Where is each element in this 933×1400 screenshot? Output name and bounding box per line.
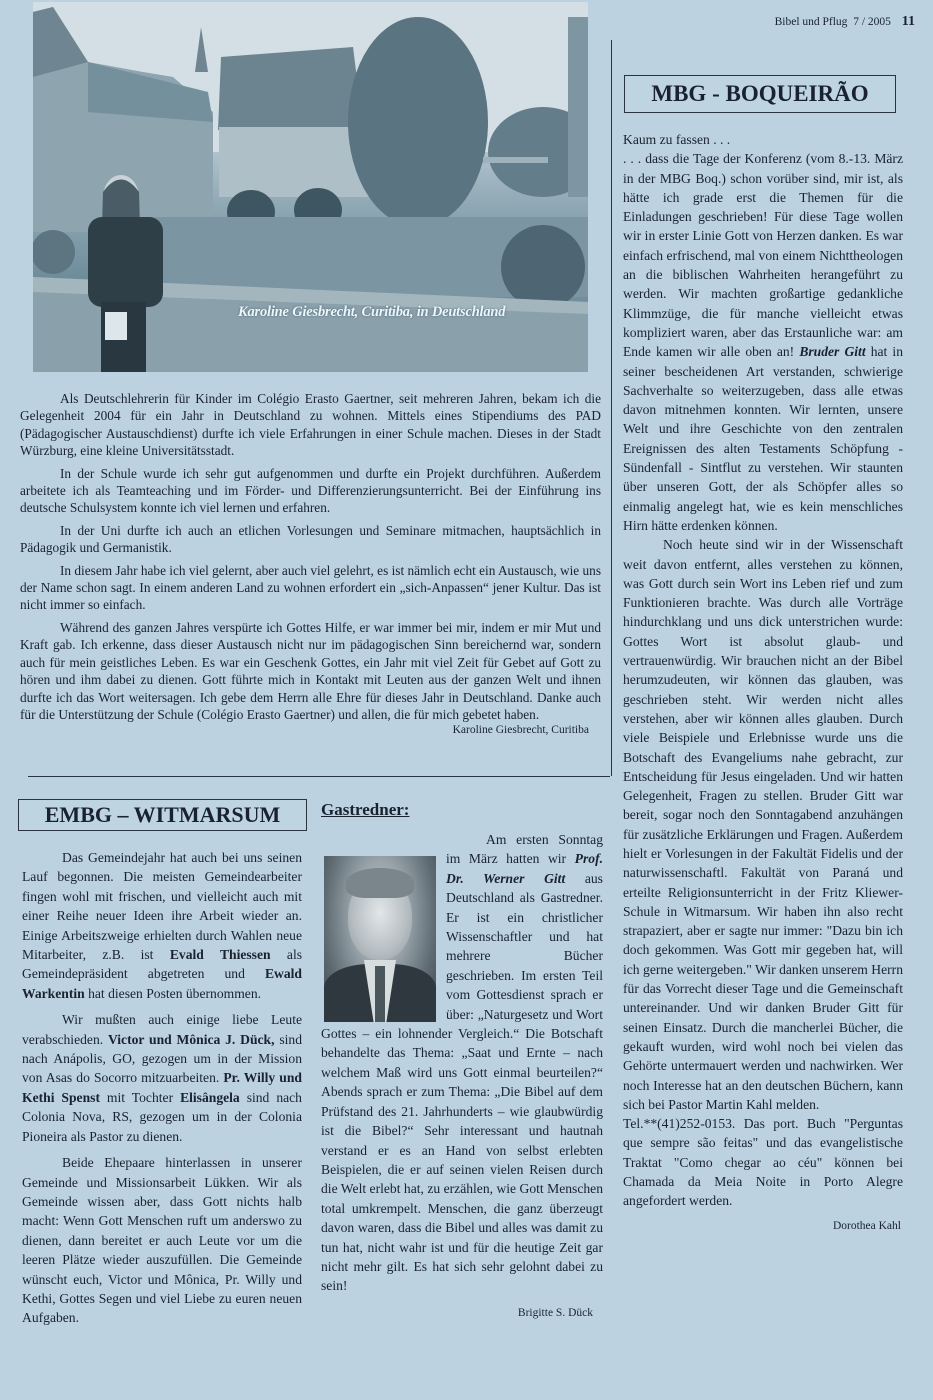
highlight-name: Victor und Mônica J. Dück,: [108, 1032, 275, 1047]
article-gastredner: Am ersten Sonntag im März hatten wir Pro…: [321, 830, 603, 1323]
page-number: 11: [902, 14, 915, 29]
intro-line: Kaum zu fassen . . .: [623, 130, 903, 149]
portrait-werner-gitt: [324, 856, 436, 1022]
section-title-mbg-boqueirao: MBG - BOQUEIRÃO: [624, 75, 896, 113]
section-title-gastredner: Gastredner:: [321, 800, 409, 820]
highlight-name: Bruder Gitt: [799, 344, 865, 359]
portrait-hair: [346, 868, 414, 898]
column-divider-vertical: [611, 40, 612, 776]
paragraph: In der Schule wurde ich sehr gut aufgeno…: [20, 465, 601, 517]
section-title-embg-witmarsum: EMBG – WITMARSUM: [18, 799, 307, 831]
paragraph: Tel.**(41)252-0153. Das port. Buch "Perg…: [623, 1114, 903, 1210]
text-run: hat diesen Posten übernommen.: [85, 986, 261, 1001]
article-witmarsum: Das Gemeindejahr hat auch bei uns seinen…: [22, 848, 302, 1335]
running-header: Bibel und Pflug 7 / 2005 11: [735, 14, 915, 30]
magazine-page: Bibel und Pflug 7 / 2005 11: [0, 0, 933, 1400]
paragraph: Wir mußten auch einige liebe Leute verab…: [22, 1010, 302, 1146]
paragraph: Das Gemeindejahr hat auch bei uns seinen…: [22, 848, 302, 1003]
section-divider-horizontal: [28, 776, 610, 777]
author-signature: Karoline Giesbrecht, Curitiba: [20, 723, 601, 738]
paragraph: Als Deutschlehrerin für Kinder im Colégi…: [20, 390, 601, 460]
article-boqueirao: Kaum zu fassen . . . . . . dass die Tage…: [623, 130, 903, 1236]
paragraph: Während des ganzen Jahres verspürte ich …: [20, 619, 601, 723]
text-run: Das Gemeindejahr hat auch bei uns seinen…: [22, 850, 302, 962]
publication-name: Bibel und Pflug: [775, 16, 848, 28]
article-karoline: Als Deutschlehrerin für Kinder im Colégi…: [20, 390, 601, 738]
paragraph: Noch heute sind wir in der Wissenschaft …: [623, 535, 903, 1114]
portrait-tie: [375, 966, 385, 1022]
text-run: hat in seiner bescheidenen Art verstande…: [623, 344, 903, 533]
photo-caption: Karoline Giesbrecht, Curitiba, in Deutsc…: [238, 304, 578, 321]
paragraph: Beide Ehepaare hinterlassen in unserer G…: [22, 1153, 302, 1328]
highlight-name: Evald Thiessen: [170, 947, 271, 962]
issue-number: 7 / 2005: [853, 16, 891, 28]
text-run: mit Tochter: [100, 1090, 180, 1105]
text-run: . . . dass die Tage der Konferenz (vom 8…: [623, 151, 903, 359]
author-signature: Brigitte S. Dück: [321, 1304, 603, 1323]
author-signature: Dorothea Kahl: [623, 1217, 903, 1236]
photo-karoline-bridge: Karoline Giesbrecht, Curitiba, in Deutsc…: [33, 2, 588, 372]
paragraph: In der Uni durfte ich auch an etlichen V…: [20, 522, 601, 557]
paragraph: . . . dass die Tage der Konferenz (vom 8…: [623, 149, 903, 535]
paragraph: In diesem Jahr habe ich viel gelernt, ab…: [20, 562, 601, 614]
highlight-name: Elisângela: [180, 1090, 240, 1105]
